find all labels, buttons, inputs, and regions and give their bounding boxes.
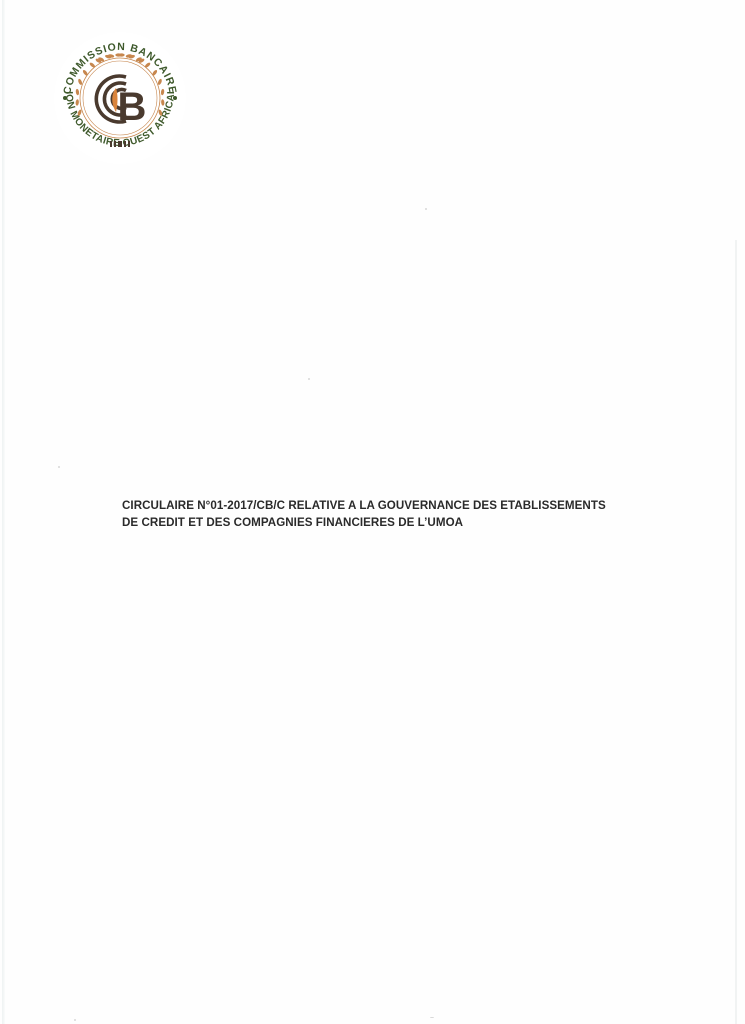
scan-speck (74, 1019, 76, 1021)
document-page: COMMISSION BANCAIRE UNION MONETAIRE OUES… (0, 0, 745, 1024)
scan-speck (425, 208, 427, 210)
scan-edge-left (2, 0, 5, 1024)
scan-speck (58, 466, 60, 468)
document-title: CIRCULAIRE N°01-2017/CB/C RELATIVE A LA … (122, 497, 682, 531)
logo-dot-left (63, 96, 67, 100)
logo-dot-right (173, 96, 177, 100)
commission-bancaire-logo: COMMISSION BANCAIRE UNION MONETAIRE OUES… (52, 30, 188, 166)
title-line-2: DE CREDIT ET DES COMPAGNIES FINANCIERES … (122, 514, 682, 531)
scan-speck (308, 378, 310, 380)
scan-edge-right (735, 240, 737, 1024)
scan-speck (430, 1017, 434, 1018)
monogram-b: B (118, 85, 147, 129)
title-line-1: CIRCULAIRE N°01-2017/CB/C RELATIVE A LA … (122, 497, 682, 514)
